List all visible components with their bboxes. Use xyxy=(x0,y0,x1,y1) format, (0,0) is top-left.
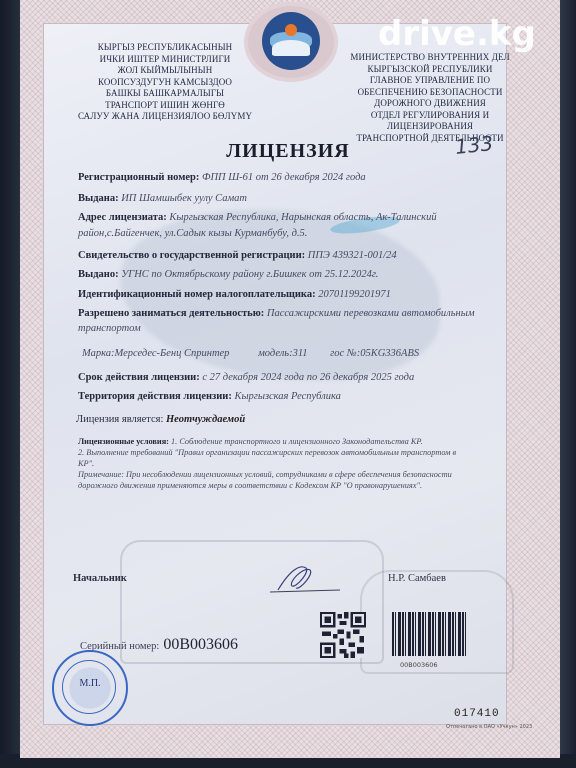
header-right-line: ОТДЕЛ РЕГУЛИРОВАНИЯ И xyxy=(330,110,530,122)
stamp-text: М.П. xyxy=(54,678,126,689)
header-left-line: ИЧКИ ИШТЕР МИНИСТРЛИГИ xyxy=(70,54,260,66)
header-left-line: БАШКЫ БАШКАРМАЛЫГЫ xyxy=(70,88,260,100)
serial-value: 00B003606 xyxy=(163,636,238,653)
state-reg-row: Свидетельство о государственной регистра… xyxy=(78,250,397,261)
header-russian: МИНИСТЕРСТВО ВНУТРЕННИХ ДЕЛ КЫРГЫЗСКОЙ Р… xyxy=(330,52,530,144)
issued-to-row: Выдана: ИП Шамшыбек уулу Самат xyxy=(78,193,247,204)
header-right-line: ГЛАВНОЕ УПРАВЛЕНИЕ ПО xyxy=(330,75,530,87)
activity-value: Пассажирскими перевозками автомобильным xyxy=(267,308,475,319)
issued-by-value: УГНС по Октябрьскому району г.Бишкек от … xyxy=(121,269,378,280)
address-value: Кыргызская Республика, Нарынская область… xyxy=(169,212,436,223)
signatory-name: Н.Р. Самбаев xyxy=(388,573,446,584)
activity-row: Разрешено заниматься деятельностью: Пасс… xyxy=(78,308,475,319)
activity-value-2: транспортом xyxy=(78,323,141,334)
header-kyrgyz: КЫРГЫЗ РЕСПУБЛИКАСЫНЫН ИЧКИ ИШТЕР МИНИСТ… xyxy=(70,42,260,123)
vehicle-brand: Марка:Мерседес-Бенц Спринтер xyxy=(82,348,229,359)
header-left-line: САЛУУ ЖАНА ЛИЦЕНЗИЯЛОО БӨЛҮМҮ xyxy=(70,111,260,123)
territory-label: Территория действия лицензии: xyxy=(78,391,232,402)
header-right-line: ДОРОЖНОГО ДВИЖЕНИЯ xyxy=(330,98,530,110)
reg-number-row: Регистрационный номер: ФПП Ш-61 от 26 де… xyxy=(78,172,366,183)
issued-to-label: Выдана: xyxy=(78,193,119,204)
reg-number-value: ФПП Ш-61 от 26 декабря 2024 года xyxy=(202,172,366,183)
address-row-2: район,с.Байгенчек, ул.Садык кызы Курманб… xyxy=(78,228,307,239)
header-right-line: ЛИЦЕНЗИРОВАНИЯ xyxy=(330,121,530,133)
serial-number: Серийный номер:00B003606 xyxy=(80,636,238,654)
header-left-line: КООПСУЗДУГУН КАМСЫЗДОО xyxy=(70,77,260,89)
site-watermark: drive.kg xyxy=(378,14,536,54)
condition-2: 2. Выполнение требований "Правил организ… xyxy=(78,447,456,458)
validity-label: Срок действия лицензии: xyxy=(78,372,200,383)
note-line-1: Примечание: При несоблюдении лицензионны… xyxy=(78,469,452,480)
state-emblem-icon xyxy=(248,6,334,78)
barcode-number: 00B003606 xyxy=(400,661,438,669)
header-right-line: ОБЕСПЕЧЕНИЮ БЕЗОПАСНОСТИ xyxy=(330,87,530,99)
handwritten-number: 133 xyxy=(454,131,494,159)
address-row: Адрес лицензиата: Кыргызская Республика,… xyxy=(78,212,437,223)
vehicle-plate: гос №:05KG336ABS xyxy=(330,348,419,359)
header-left-line: ТРАНСПОРТ ИШИН ЖӨНГӨ xyxy=(70,100,260,112)
header-right-line: КЫРГЫЗСКОЙ РЕСПУБЛИКИ xyxy=(330,64,530,76)
validity-row: Срок действия лицензии: с 27 декабря 202… xyxy=(78,372,414,383)
tin-value: 20701199201971 xyxy=(318,289,391,300)
conditions-label: Лицензионные условия: xyxy=(78,437,169,446)
barcode-icon xyxy=(392,612,468,656)
activity-label: Разрешено заниматься деятельностью: xyxy=(78,308,264,319)
issued-to-value: ИП Шамшыбек уулу Самат xyxy=(121,193,247,204)
issued-by-label: Выдано: xyxy=(78,269,119,280)
note-line-2: дорожного движения применяются меры в со… xyxy=(78,480,422,491)
transferability-value: Неотчуждаемой xyxy=(166,414,245,425)
blank-number: 017410 xyxy=(454,708,500,720)
activity-row-2: транспортом xyxy=(78,323,141,334)
printer-note: Отпечатано в ОАО «Учкун» 2023 xyxy=(446,724,532,730)
address-value-2: район,с.Байгенчек, ул.Садык кызы Курманб… xyxy=(78,228,307,239)
territory-value: Кыргызская Республика xyxy=(234,391,340,402)
qr-code-icon xyxy=(320,612,366,658)
reg-number-label: Регистрационный номер: xyxy=(78,172,199,183)
tin-label: Идентификационный номер налогоплательщик… xyxy=(78,289,316,300)
address-label: Адрес лицензиата: xyxy=(78,212,167,223)
transferability-row: Лицензия является: Неотчуждаемой xyxy=(76,414,245,425)
vehicle-model: модель:311 xyxy=(258,348,307,359)
header-left-line: КЫРГЫЗ РЕСПУБЛИКАСЫНЫН xyxy=(70,42,260,54)
official-stamp-icon: М.П. xyxy=(52,650,128,726)
header-left-line: ЖОЛ КЫЙМЫЛЫНЫН xyxy=(70,65,260,77)
signature-icon xyxy=(270,560,340,596)
territory-row: Территория действия лицензии: Кыргызская… xyxy=(78,391,341,402)
condition-1: 1. Соблюдение транспортного и лицензионн… xyxy=(171,437,423,446)
tin-row: Идентификационный номер налогоплательщик… xyxy=(78,289,391,300)
conditions-row: Лицензионные условия: 1. Соблюдение тран… xyxy=(78,436,423,447)
condition-2-cont: КР". xyxy=(78,458,94,469)
issued-by-row: Выдано: УГНС по Октябрьскому району г.Би… xyxy=(78,269,378,280)
state-reg-label: Свидетельство о государственной регистра… xyxy=(78,250,305,261)
state-reg-value: ППЭ 439321-001/24 xyxy=(308,250,397,261)
signatory-position: Начальник xyxy=(73,573,127,584)
vehicle-row: Марка:Мерседес-Бенц Спринтер модель:311 … xyxy=(82,348,419,359)
transferability-label: Лицензия является: xyxy=(76,414,163,425)
validity-value: с 27 декабря 2024 года по 26 декабря 202… xyxy=(202,372,414,383)
